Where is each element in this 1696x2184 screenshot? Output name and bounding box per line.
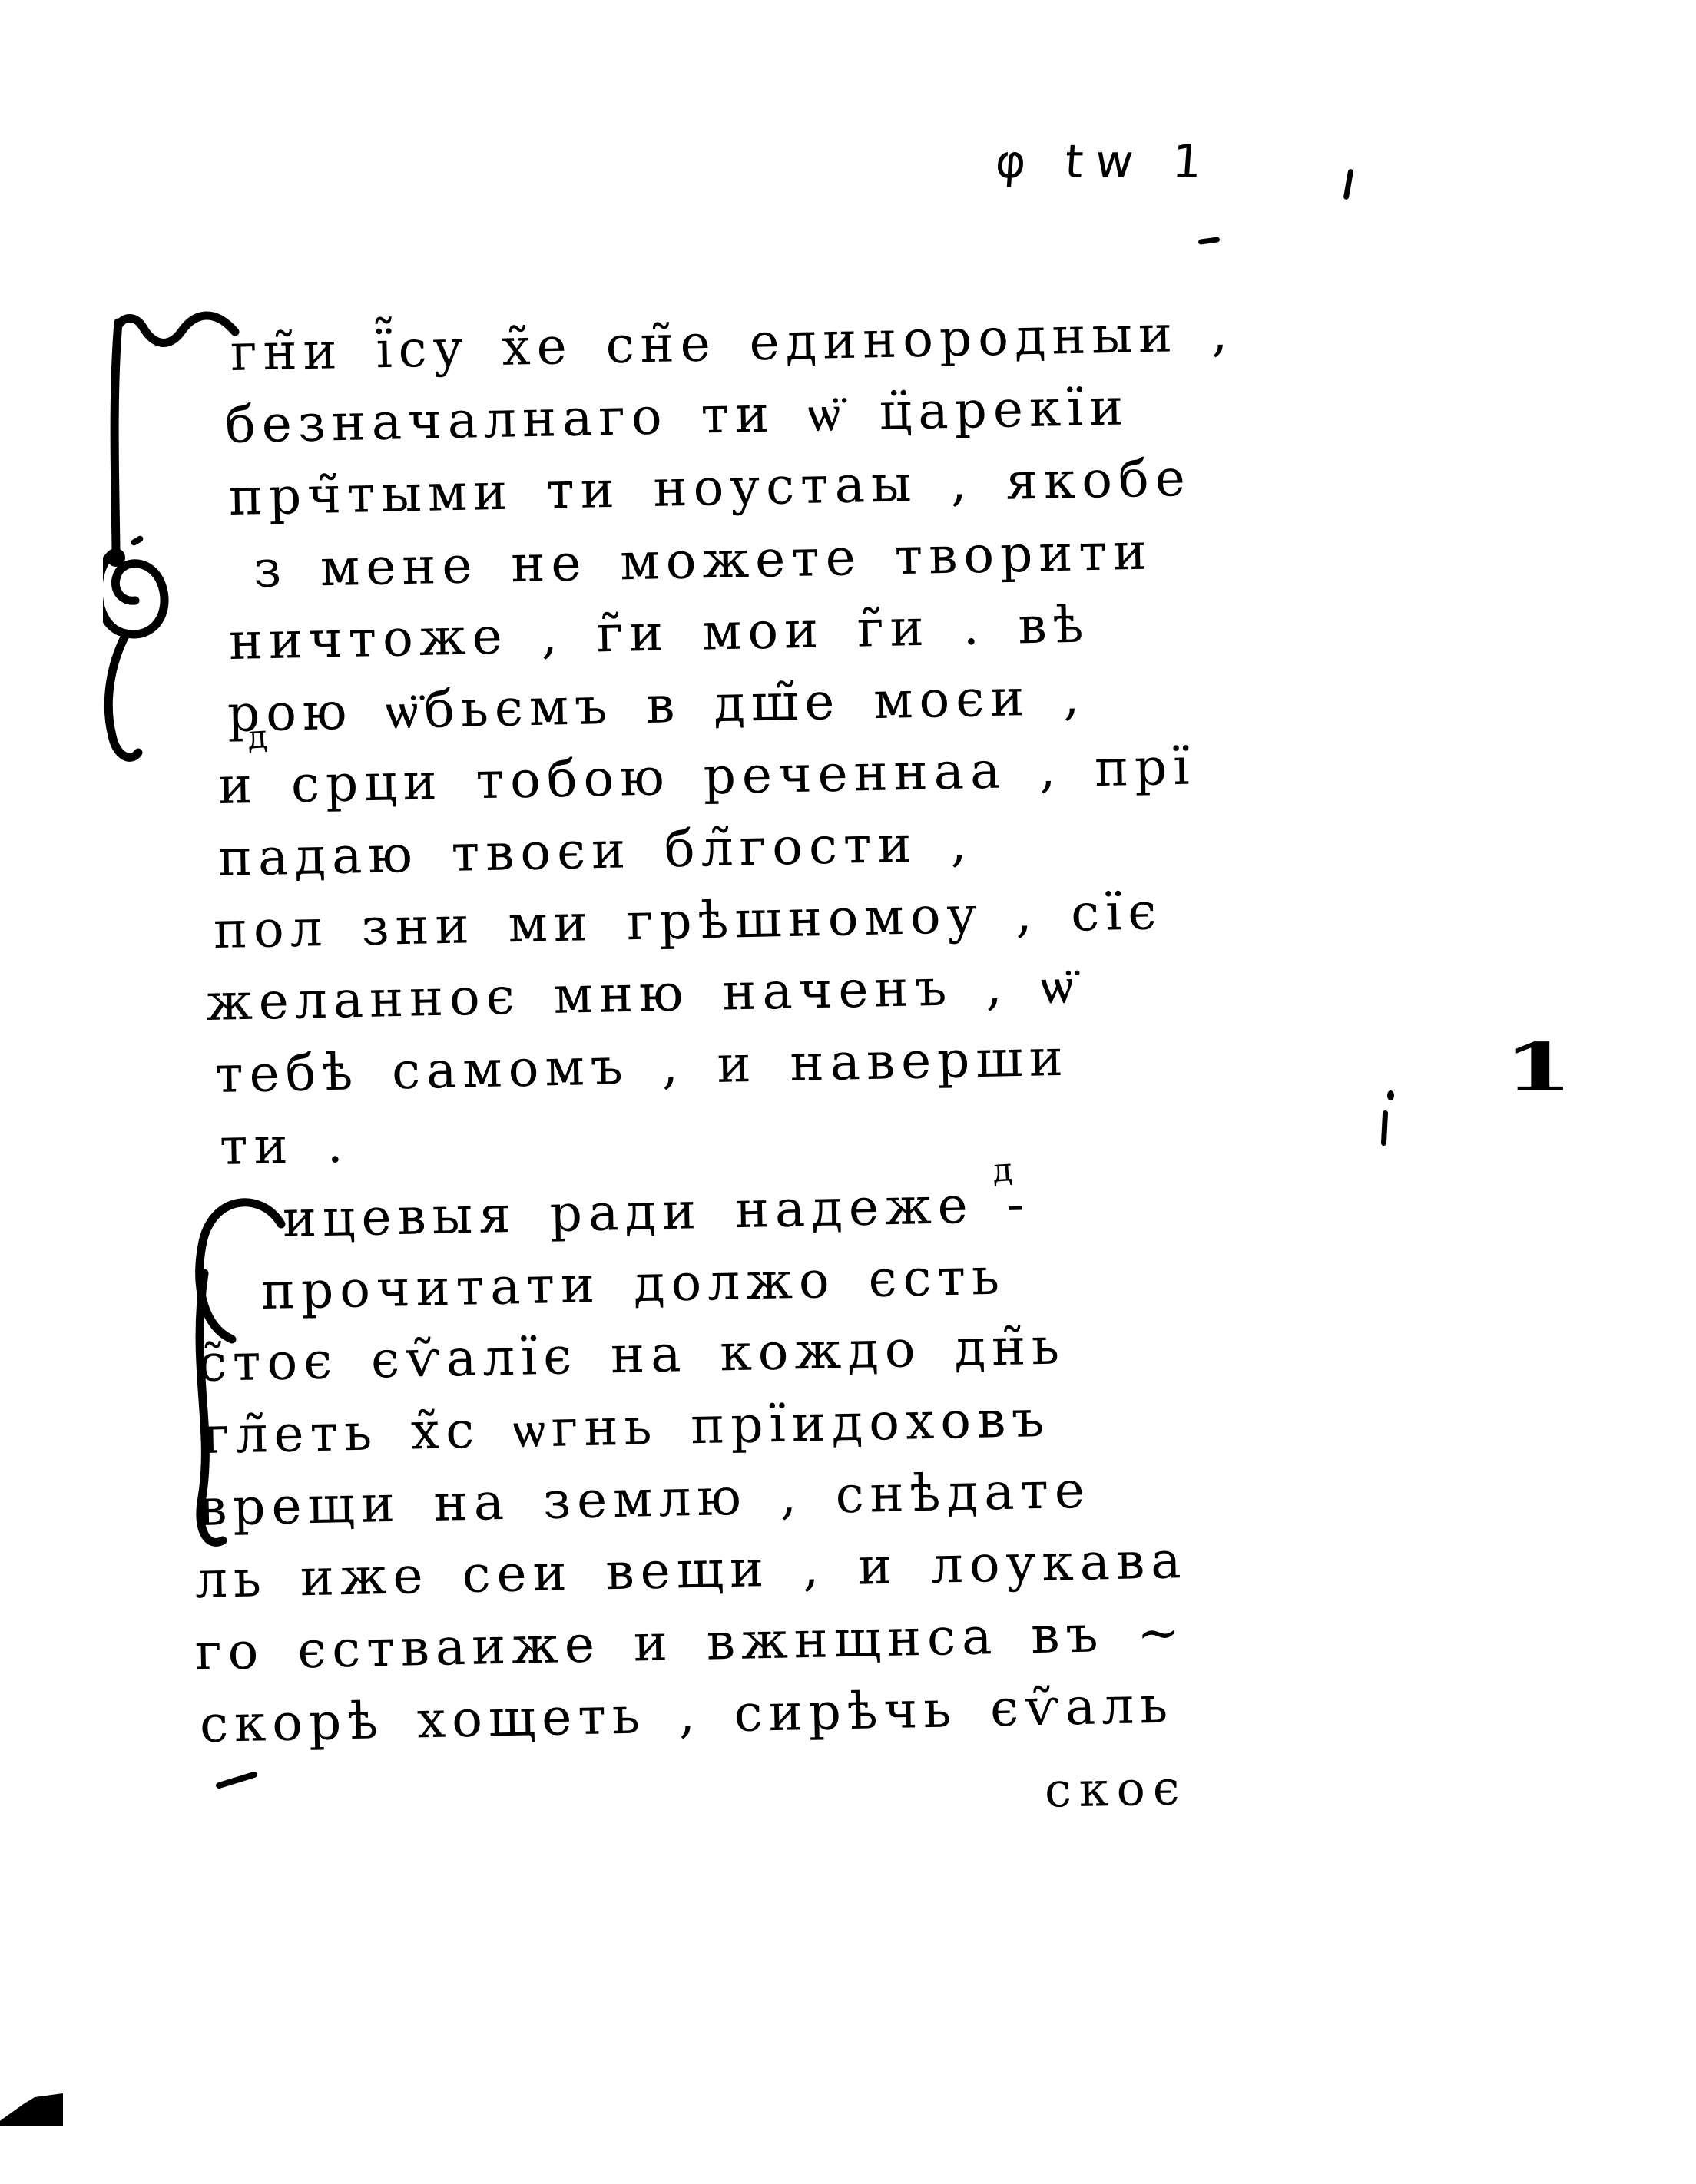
stray-apostrophe-mark <box>1343 169 1354 200</box>
right-margin-stroke-mark <box>1381 1110 1388 1146</box>
ink-blot <box>107 548 125 567</box>
superscript-letter: д <box>991 1150 1013 1190</box>
manuscript-line: ти . <box>219 1109 349 1183</box>
stray-tilde-mark <box>1198 237 1221 245</box>
left-margin-slash-mark <box>215 1771 258 1789</box>
catchword: скоє <box>1044 1759 1188 1818</box>
manuscript-page: φ tw 1 1 гн̃и ї̃су х̃е сн̃е единородныи … <box>0 0 1696 2184</box>
margin-page-numeral: 1 <box>1504 1029 1573 1107</box>
scan-corner-artifact <box>0 2093 63 2126</box>
superscript-letter: д <box>246 717 268 756</box>
right-margin-dot-mark <box>1387 1090 1394 1100</box>
folio-mark: φ tw 1 <box>994 135 1216 189</box>
